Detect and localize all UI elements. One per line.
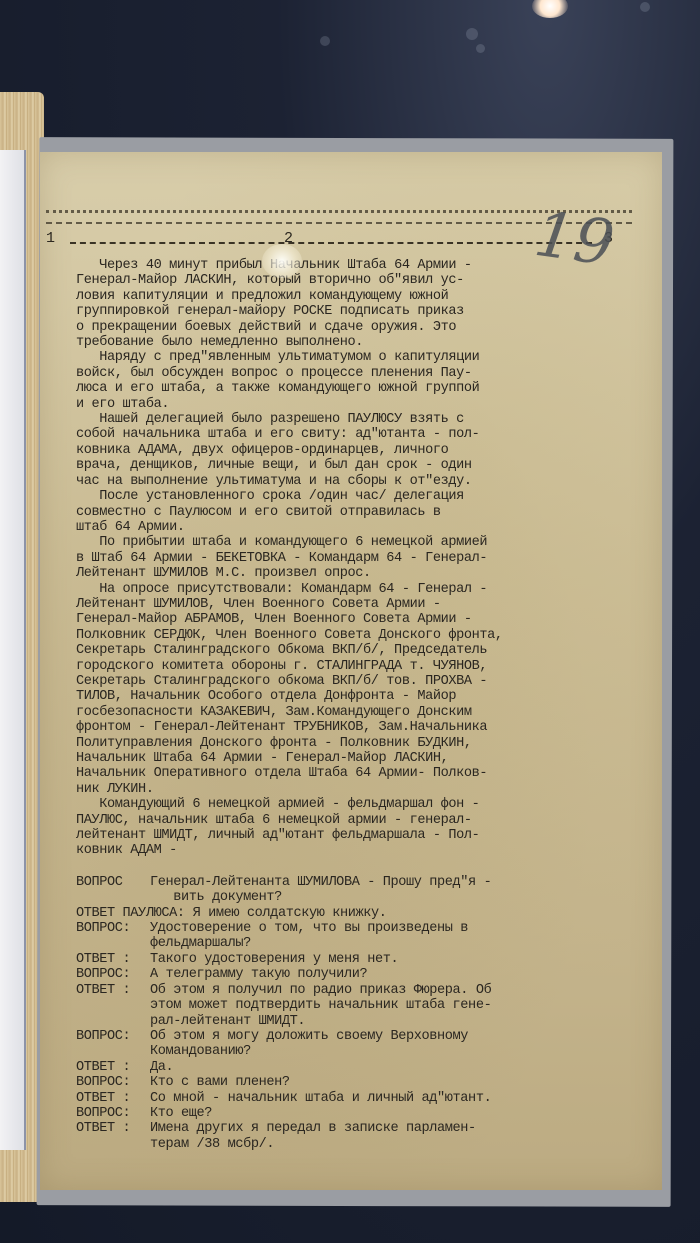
qa-line: ОТВЕТ :Да. — [76, 1060, 616, 1075]
paragraph: На опросе присутствовали: Командарм 64 -… — [76, 582, 616, 798]
paragraph: Нашей делегацией было разрешено ПАУЛЮСУ … — [76, 412, 616, 489]
qa-label: ОТВЕТ : — [76, 1121, 150, 1152]
qa-line: ВОПРОС:Об этом я могу доложить своему Ве… — [76, 1029, 616, 1060]
qa-line: ВОПРОС:А телеграмму такую получили? — [76, 967, 616, 982]
glass-dust-spot — [320, 36, 330, 46]
camera-flash-reflection — [262, 244, 302, 278]
qa-text: А телеграмму такую получили? — [150, 967, 616, 982]
qa-line: ОТВЕТ :Со мной - начальник штаба и личны… — [76, 1091, 616, 1106]
qa-label: ВОПРОС: — [76, 1029, 150, 1060]
qa-text: Со мной - начальник штаба и личный ад"ют… — [150, 1091, 616, 1106]
glass-dust-spot — [476, 44, 485, 53]
qa-label: ОТВЕТ : — [76, 983, 150, 1029]
qa-line: ВОПРОС:Кто с вами пленен? — [76, 1075, 616, 1090]
qa-label: ВОПРОС: — [76, 1075, 150, 1090]
qa-label: ВОПРОС — [76, 875, 150, 906]
qa-text: Такого удостоверения у меня нет. — [150, 952, 616, 967]
qa-label: ОТВЕТ ПАУЛЮСА: — [76, 906, 185, 921]
qa-text: Об этом я получил по радио приказ Фюрера… — [150, 983, 616, 1029]
qa-text: Удостоверение о том, что вы произведены … — [150, 921, 616, 952]
qa-line: ОТВЕТ ПАУЛЮСА:Я имею солдатскую книжку. — [76, 906, 616, 921]
qa-line: ОТВЕТ :Имена других я передал в записке … — [76, 1121, 616, 1152]
qa-line: ВОПРОС:Удостоверение о том, что вы произ… — [76, 921, 616, 952]
qa-label: ВОПРОС: — [76, 921, 150, 952]
qa-text: Об этом я могу доложить своему Верховном… — [150, 1029, 616, 1060]
qa-text: Да. — [150, 1060, 616, 1075]
qa-label: ОТВЕТ : — [76, 1091, 150, 1106]
qa-text: Имена других я передал в записке парламе… — [150, 1121, 616, 1152]
qa-label: ОТВЕТ : — [76, 952, 150, 967]
qa-text: Я имею солдатскую книжку. — [193, 906, 616, 921]
qa-text: Кто с вами пленен? — [150, 1075, 616, 1090]
paragraph: Наряду с пред"явленным ультиматумом о ка… — [76, 350, 616, 412]
ceiling-light-reflection — [532, 0, 568, 18]
typewritten-document-page: 1 2 3 19 Через 40 минут прибыл Начальник… — [40, 152, 662, 1190]
qa-line: ОТВЕТ :Такого удостоверения у меня нет. — [76, 952, 616, 967]
paragraph: Командующий 6 немецкой армией - фельдмар… — [76, 797, 616, 859]
glass-dust-spot — [466, 28, 478, 40]
column-marker-1: 1 — [46, 230, 55, 247]
dashed-rule — [70, 242, 592, 244]
qa-line: ВОПРОСГенерал-Лейтенанта ШУМИЛОВА - Прош… — [76, 875, 616, 906]
paragraph: После установленного срока /один час/ де… — [76, 489, 616, 535]
paragraph: Через 40 минут прибыл Начальник Штаба 64… — [76, 258, 616, 350]
interrogation-transcript: ВОПРОСГенерал-Лейтенанта ШУМИЛОВА - Прош… — [76, 875, 616, 1152]
adjacent-white-page — [0, 150, 26, 1150]
qa-text: Генерал-Лейтенанта ШУМИЛОВА - Прошу пред… — [150, 875, 616, 906]
document-body: Через 40 минут прибыл Начальник Штаба 64… — [76, 258, 616, 1152]
qa-text: Кто еще? — [150, 1106, 616, 1121]
qa-label: ВОПРОС: — [76, 1106, 150, 1121]
qa-label: ВОПРОС: — [76, 967, 150, 982]
paragraph: По прибытии штаба и командующего 6 немец… — [76, 535, 616, 581]
glass-dust-spot — [640, 2, 650, 12]
qa-label: ОТВЕТ : — [76, 1060, 150, 1075]
qa-line: ОТВЕТ :Об этом я получил по радио приказ… — [76, 983, 616, 1029]
qa-line: ВОПРОС:Кто еще? — [76, 1106, 616, 1121]
